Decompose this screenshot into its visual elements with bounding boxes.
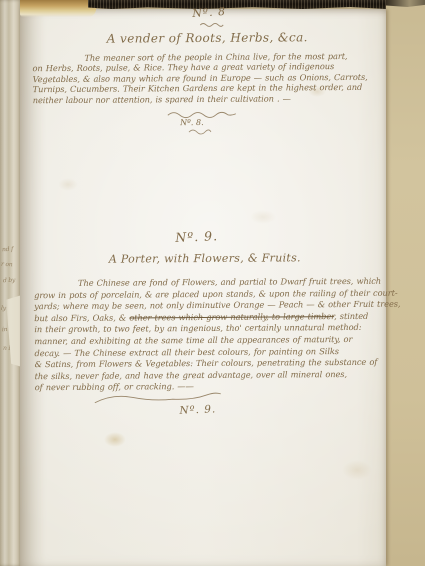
body-text: but also Firs, Oaks, & [34, 312, 129, 323]
section2-paragraph: The Chinese are fond of Flowers, and par… [34, 276, 387, 394]
squiggle-divider-icon [188, 128, 212, 135]
body-text: , stinted [334, 311, 368, 321]
margin-fragment: nd f [2, 246, 13, 254]
section1-paragraph: The meaner sort of the people in China l… [32, 51, 384, 105]
margin-fragment: d by [3, 277, 15, 284]
handwritten-text-layer: Nº. 8 A vender of Roots, Herbs, &ca. The… [18, 0, 388, 566]
section2-number: Nº. 9. [14, 221, 380, 251]
section2-title: A Porter, with Flowers, & Fruits. [22, 251, 388, 267]
margin-fragment: r on [1, 261, 13, 268]
section1-title: A vender of Roots, Herbs, &ca. [24, 30, 390, 47]
struck-through-text: other trees which grow naturally, to lar… [129, 311, 334, 322]
section1-end-mark: Nº. 8. [9, 117, 375, 129]
manuscript-photo: nd f r on d by ly s in m n bu Nº. 8 A ve… [0, 0, 425, 566]
body-line: neither labour nor attention, is spared … [33, 92, 385, 105]
squiggle-divider-icon [199, 21, 225, 28]
